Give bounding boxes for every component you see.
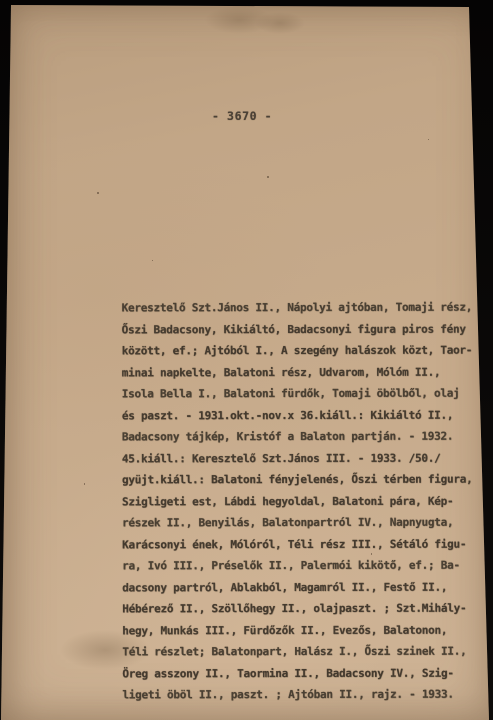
text-line: Öreg asszony II., Taormina II., Badacson… [122, 662, 467, 684]
typewritten-text-block: Keresztelő Szt.János II., Nápolyi ajtóba… [122, 297, 468, 706]
text-line: gyüjt.kiáll.: Balatoni fényjelenés, Őszi… [122, 469, 467, 491]
paper-sheet: - 3670 - Keresztelő Szt.János II., Nápol… [0, 0, 493, 720]
text-line: között, ef.; Ajtóból I., A szegény halás… [122, 340, 467, 362]
ink-speck [428, 139, 429, 140]
text-line: Szigligeti est, Lábdi hegyoldal, Balaton… [122, 490, 467, 512]
ink-speck [84, 483, 85, 485]
ink-speck [267, 176, 269, 178]
text-line: ra, Ivó III., Préselők II., Palermói kik… [122, 555, 467, 577]
ink-speck [152, 260, 153, 261]
text-line: minai napkelte, Balatoni rész, Udvarom, … [122, 361, 467, 383]
text-line: Karácsonyi ének, Mólóról, Téli rész III.… [122, 533, 467, 555]
text-line: Téli részlet; Balatonpart, Halász I., Ős… [122, 641, 467, 663]
text-line: és paszt. - 1931.okt.-nov.x 36.kiáll.: K… [122, 404, 467, 426]
text-line: Hébérező II., Szöllőhegy II., olajpaszt.… [122, 598, 467, 620]
text-line: dacsony partról, Ablakból, Magamról II.,… [122, 576, 467, 598]
paper-stain [255, 12, 305, 34]
text-line: részek II., Benyilás, Balatonpartról IV.… [122, 512, 467, 534]
text-line: Őszi Badacsony, Kikiáltó, Badacsonyi fig… [122, 318, 467, 340]
ink-speck [97, 192, 99, 194]
text-line: Badacsony tájkép, Kristóf a Balaton part… [122, 426, 467, 448]
text-line: hegy, Munkás III., Fürdőzők II., Evezős,… [122, 619, 467, 641]
scanned-document: - 3670 - Keresztelő Szt.János II., Nápol… [0, 0, 493, 720]
text-line: Isola Bella I., Balatoni fürdők, Tomaji … [122, 383, 467, 405]
text-line: 45.kiáll.: Keresztelő Szt.János III. - 1… [122, 447, 467, 469]
text-line: ligeti öböl II., paszt. ; Ajtóban II., r… [122, 684, 467, 706]
page-number: - 3670 - [212, 109, 272, 123]
text-line: Keresztelő Szt.János II., Nápolyi ajtóba… [122, 297, 467, 319]
